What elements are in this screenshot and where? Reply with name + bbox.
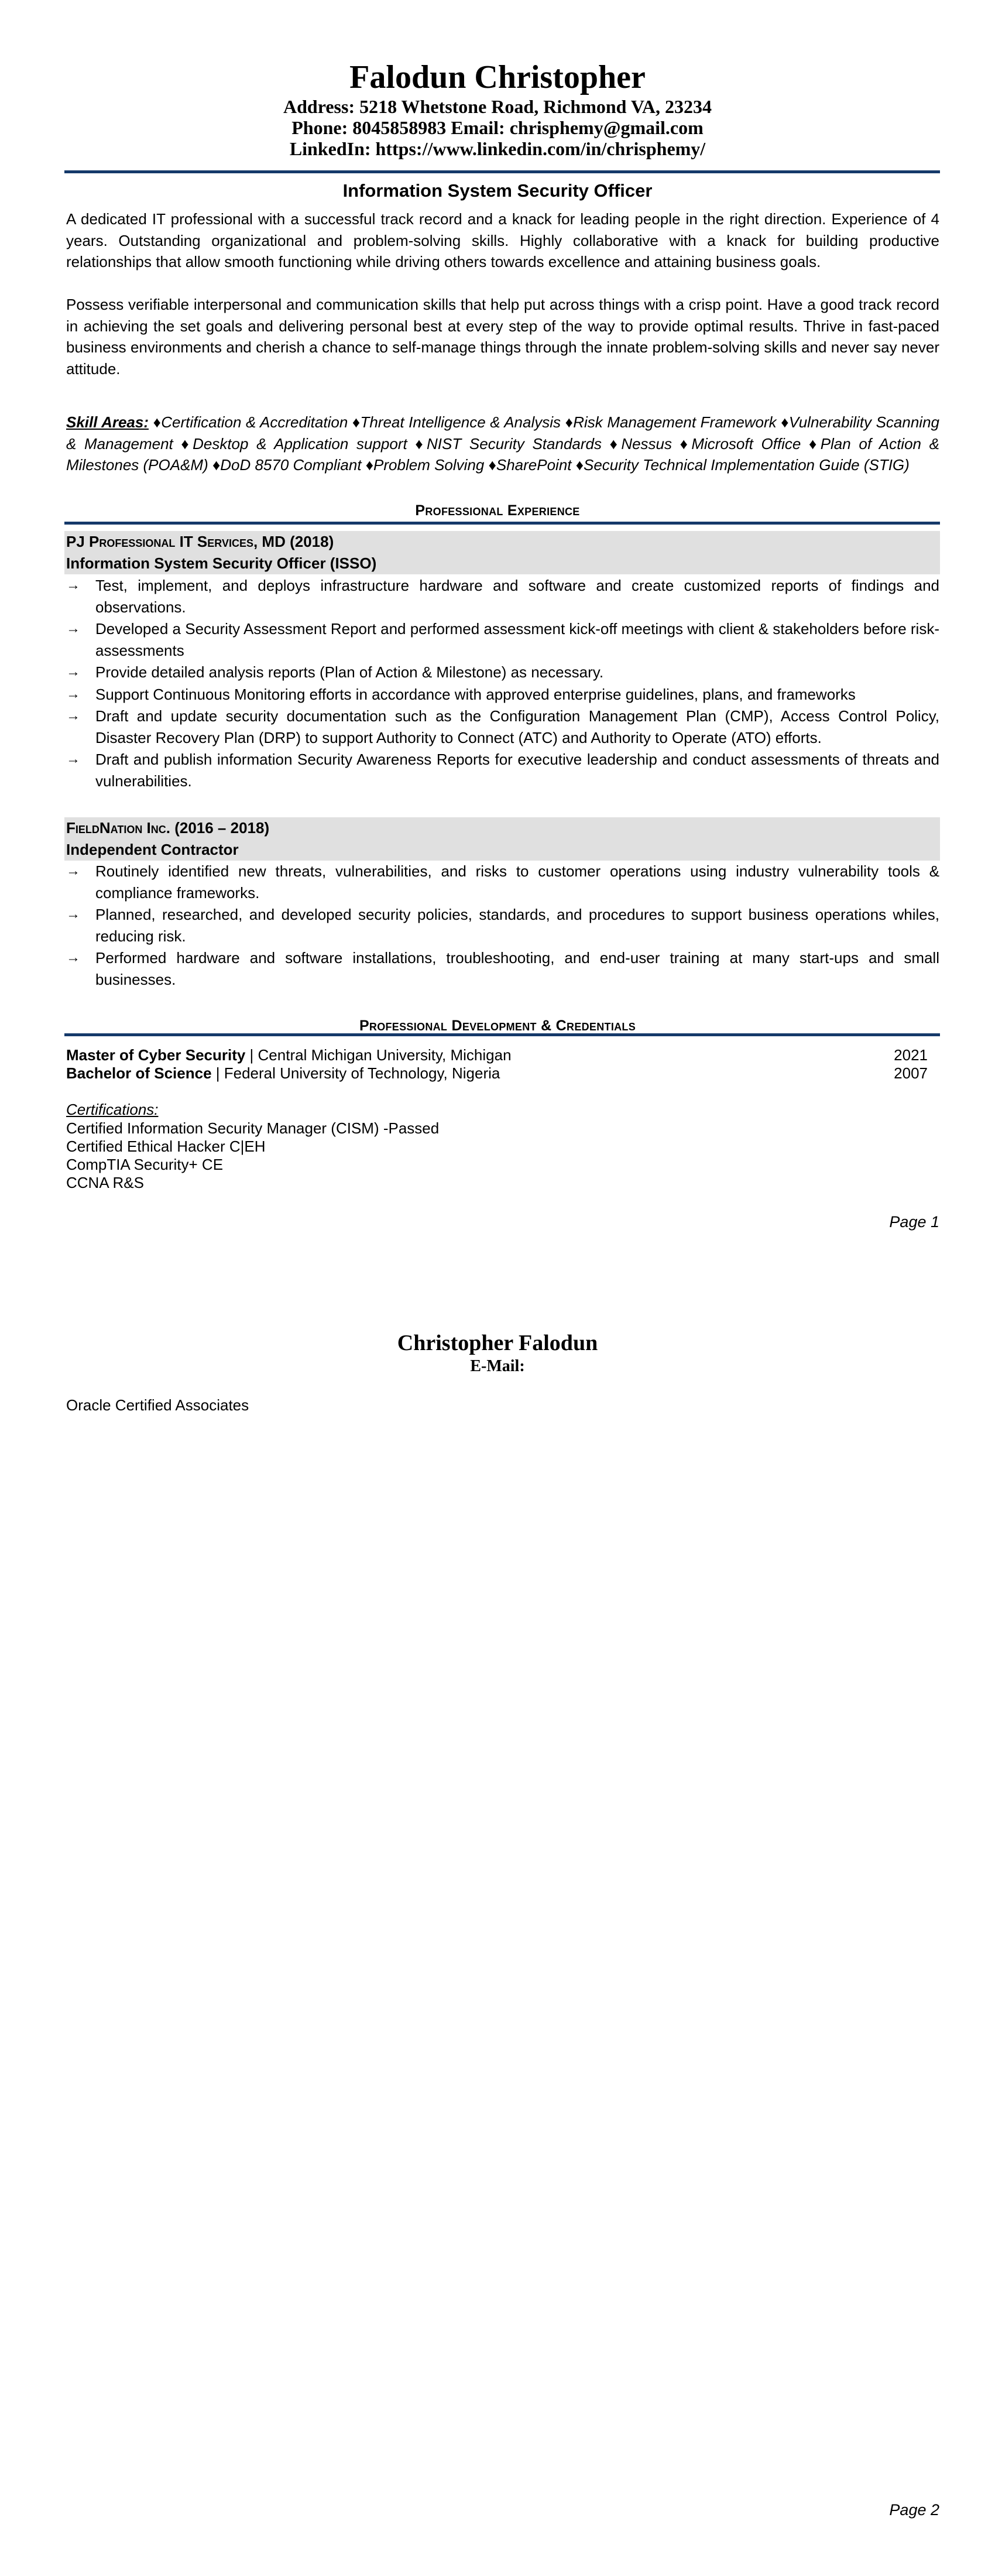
certification-item: Certified Information Security Manager (… (66, 1119, 439, 1138)
experience-divider (64, 522, 940, 525)
section-heading-education: Professional Development & Credentials (0, 1018, 995, 1034)
bullet-text: Provide detailed analysis reports (Plan … (95, 663, 603, 681)
job-header: PJ Professional IT Services, MD (2018) I… (64, 531, 940, 574)
bullet-text: Routinely identified new threats, vulner… (95, 862, 939, 902)
degree-school: | Federal University of Technology, Nige… (212, 1064, 500, 1082)
arrow-bullet-icon: → (66, 705, 80, 727)
education-divider (64, 1033, 940, 1036)
bullet-text: Planned, researched, and developed secur… (95, 906, 939, 945)
job-bullets: →Test, implement, and deploys infrastruc… (66, 575, 939, 792)
phone-email: Phone: 8045858983 Email: chrisphemy@gmai… (0, 117, 995, 138)
bullet-item: →Developed a Security Assessment Report … (66, 618, 939, 661)
certifications-list: Certified Information Security Manager (… (66, 1119, 439, 1192)
candidate-name: Falodun Christopher (0, 59, 995, 96)
bullet-item: →Performed hardware and software install… (66, 947, 939, 990)
job-title: Information System Security Officer (0, 179, 995, 203)
header-divider (64, 170, 940, 173)
bullet-text: Draft and update security documentation … (95, 707, 939, 746)
email-label: E-Mail: (0, 1357, 995, 1376)
degree-row: Bachelor of Science | Federal University… (66, 1064, 939, 1083)
bullet-text: Test, implement, and deploys infrastruct… (95, 577, 939, 616)
certification-item: CompTIA Security+ CE (66, 1156, 439, 1174)
arrow-bullet-icon: → (66, 575, 80, 597)
arrow-bullet-icon: → (66, 662, 80, 683)
bullet-item: →Draft and publish information Security … (66, 749, 939, 792)
certification-item: Certified Ethical Hacker C|EH (66, 1138, 439, 1156)
arrow-bullet-icon: → (66, 861, 80, 882)
skill-list: ♦Certification & Accreditation ♦Threat I… (66, 413, 939, 474)
job-role: Information System Security Officer (ISS… (66, 553, 940, 574)
degree-row: Master of Cyber Security | Central Michi… (66, 1046, 939, 1064)
degree-school: | Central Michigan University, Michigan (245, 1046, 511, 1064)
bullet-text: Performed hardware and software installa… (95, 949, 939, 988)
arrow-bullet-icon: → (66, 618, 80, 640)
bullet-item: →Routinely identified new threats, vulne… (66, 861, 939, 903)
candidate-name: Christopher Falodun (0, 1330, 995, 1356)
job-header: FieldNation Inc. (2016 – 2018) Independe… (64, 817, 940, 861)
job-role: Independent Contractor (66, 839, 940, 861)
arrow-bullet-icon: → (66, 947, 80, 969)
bullet-text: Draft and publish information Security A… (95, 751, 939, 790)
certification-item: CCNA R&S (66, 1174, 439, 1192)
summary-paragraph-2: Possess verifiable interpersonal and com… (66, 294, 939, 379)
bullet-text: Support Continuous Monitoring efforts in… (95, 686, 856, 703)
arrow-bullet-icon: → (66, 904, 80, 926)
page-number: Page 2 (889, 2501, 939, 2519)
certifications-label: Certifications: (66, 1101, 159, 1119)
skill-areas-label: Skill Areas: (66, 413, 149, 431)
bullet-item: →Planned, researched, and developed secu… (66, 904, 939, 947)
resume-page-1: Falodun Christopher Address: 5218 Whetst… (0, 0, 995, 1288)
company-name: FieldNation Inc. (2016 – 2018) (66, 817, 940, 839)
degree-year: 2021 (894, 1046, 928, 1064)
bullet-item: →Draft and update security documentation… (66, 705, 939, 748)
skill-areas: Skill Areas: ♦Certification & Accreditat… (66, 412, 939, 476)
degree-name: Bachelor of Science (66, 1064, 212, 1082)
bullet-item: →Support Continuous Monitoring efforts i… (66, 684, 939, 705)
certification-item: Oracle Certified Associates (66, 1396, 249, 1414)
summary-paragraph-1: A dedicated IT professional with a succe… (66, 208, 939, 273)
company-name: PJ Professional IT Services, MD (2018) (66, 531, 940, 553)
address: Address: 5218 Whetstone Road, Richmond V… (0, 96, 995, 117)
bullet-item: →Provide detailed analysis reports (Plan… (66, 662, 939, 683)
job-bullets: →Routinely identified new threats, vulne… (66, 861, 939, 991)
linkedin[interactable]: LinkedIn: https://www.linkedin.com/in/ch… (0, 138, 995, 159)
page-number: Page 1 (889, 1213, 939, 1231)
bullet-item: →Test, implement, and deploys infrastruc… (66, 575, 939, 618)
degree-name: Master of Cyber Security (66, 1046, 245, 1064)
bullet-text: Developed a Security Assessment Report a… (95, 620, 939, 659)
section-heading-experience: Professional Experience (0, 502, 995, 519)
arrow-bullet-icon: → (66, 684, 80, 705)
arrow-bullet-icon: → (66, 749, 80, 770)
degree-year: 2007 (894, 1064, 928, 1083)
resume-page-2: Christopher Falodun E-Mail: Oracle Certi… (0, 1288, 995, 2576)
